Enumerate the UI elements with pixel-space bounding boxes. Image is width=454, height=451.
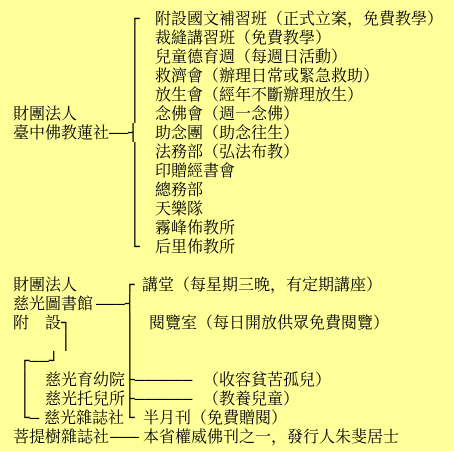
text-label: 菩提樹雜誌社 [13, 427, 109, 446]
diagram-row: │慈光育幼院├——————（收容貧苦孤兒） [0, 370, 454, 389]
text-label: 附 [13, 313, 29, 332]
tree-connector: ┐ [61, 313, 71, 332]
tree-connector: ——— [110, 427, 139, 446]
diagram-row: ┌附設國文補習班（正式立案，免費教學） [0, 9, 454, 28]
tree-connector: │ [125, 332, 135, 351]
text-label: 救濟會（辦理日常或緊急救助） [155, 66, 379, 85]
text-label: （教養兒童） [203, 389, 299, 408]
text-label: 放生會（經年不斷辦理放生） [155, 85, 363, 104]
tree-connector: │ [130, 218, 140, 237]
tree-connector: │ [130, 180, 140, 199]
tree-connector: │ [130, 199, 140, 218]
tree-connector: │ [130, 85, 140, 104]
text-label: 附設國文補習班（正式立案，免費教學） [155, 9, 443, 28]
diagram-row: 財團法人┌講堂（每星期三晚，有定期講座） [0, 275, 454, 294]
diagram-row: 附設┐│閱覽室（每日開放供眾免費閱覽） [0, 313, 454, 332]
diagram-row: │放生會（經年不斷辦理放生） [0, 85, 454, 104]
tree-connector: └— [20, 408, 39, 427]
text-label: 天樂隊 [155, 199, 203, 218]
text-label: 閱覽室（每日開放供眾免費閱覽） [149, 313, 389, 332]
tree-connector: │ [130, 161, 140, 180]
tree-connector: │ [130, 47, 140, 66]
text-label: 印贈經書會 [155, 161, 235, 180]
text-label: 兒童德育週（每週日活動） [155, 47, 347, 66]
tree-connector: │ [125, 351, 135, 370]
diagram-row: ┌——┘│ [0, 351, 454, 370]
text-label: 總務部 [155, 180, 203, 199]
tree-connector: │ [130, 66, 140, 85]
diagram-row: │總務部 [0, 180, 454, 199]
tree-connector: ┌ [125, 275, 135, 294]
diagram-row: └—慈光雜誌社└半月刊（免費贈閱） [0, 408, 454, 427]
text-label: 講堂（每星期三晚，有定期講座） [142, 275, 382, 294]
tree-connector: └ [130, 237, 140, 256]
tree-connector: ├—————— [125, 370, 192, 389]
tree-connector: ┌——┘ [20, 351, 59, 370]
diagram-row: 財團法人│念佛會（週一念佛） [0, 104, 454, 123]
text-label: 念佛會（週一念佛） [155, 104, 299, 123]
text-label: 財團法人 [13, 104, 77, 123]
text-label: 法務部（弘法布教） [155, 142, 299, 161]
tree-connector: │ [20, 389, 30, 408]
text-label: 霧峰佈教所 [155, 218, 235, 237]
tree-connector: │ [130, 104, 140, 123]
text-label: 半月刊（免費贈閱） [143, 408, 287, 427]
tree-connector: │ [130, 142, 140, 161]
diagram-row: 臺中佛教蓮社——┤助念團（助念往生） [0, 123, 454, 142]
diagram-row: ││ [0, 332, 454, 351]
diagram-row: │兒童德育週（每週日活動） [0, 47, 454, 66]
tree-connector: ——┤ [109, 123, 138, 142]
diagram-row: │救濟會（辦理日常或緊急救助） [0, 66, 454, 85]
tree-connector: ┌ [130, 9, 140, 28]
text-label: 財團法人 [13, 275, 77, 294]
text-label: 助念團（助念往生） [155, 123, 299, 142]
text-label: 本省權威佛刊之一，發行人朱斐居士 [143, 427, 399, 446]
diagram-row: │天樂隊 [0, 199, 454, 218]
diagram-row: 慈光圖書館———┤ [0, 294, 454, 313]
diagram-row: │法務部（弘法布教） [0, 142, 454, 161]
diagram-row: 菩提樹雜誌社———本省權威佛刊之一，發行人朱斐居士 [0, 427, 454, 446]
text-label: 慈光雜誌社 [44, 408, 124, 427]
text-label: 臺中佛教蓮社 [13, 123, 109, 142]
text-label: 后里佈教所 [155, 237, 235, 256]
text-label: 設 [45, 313, 61, 332]
tree-connector: │ [61, 332, 71, 351]
text-label: 慈光圖書館 [13, 294, 93, 313]
text-label: 裁縫講習班（免費教學） [155, 28, 331, 47]
text-label: 慈光育幼院 [45, 370, 125, 389]
tree-connector: └ [125, 408, 135, 427]
diagram-row: │霧峰佈教所 [0, 218, 454, 237]
tree-connector: ├—————— [125, 389, 192, 408]
tree-connector: │ [125, 313, 135, 332]
diagram-row: └后里佈教所 [0, 237, 454, 256]
diagram-row: │印贈經書會 [0, 161, 454, 180]
tree-connector: │ [130, 28, 140, 47]
diagram-row: │裁縫講習班（免費教學） [0, 28, 454, 47]
text-label: （收容貧苦孤兒） [203, 370, 331, 389]
diagram-row: │慈光托兒所├——————（教養兒童） [0, 389, 454, 408]
org-chart: ┌附設國文補習班（正式立案，免費教學）│裁縫講習班（免費教學）│兒童德育週（每週… [0, 0, 454, 451]
tree-connector: │ [20, 370, 30, 389]
text-label: 慈光托兒所 [45, 389, 125, 408]
tree-connector: ———┤ [96, 294, 135, 313]
